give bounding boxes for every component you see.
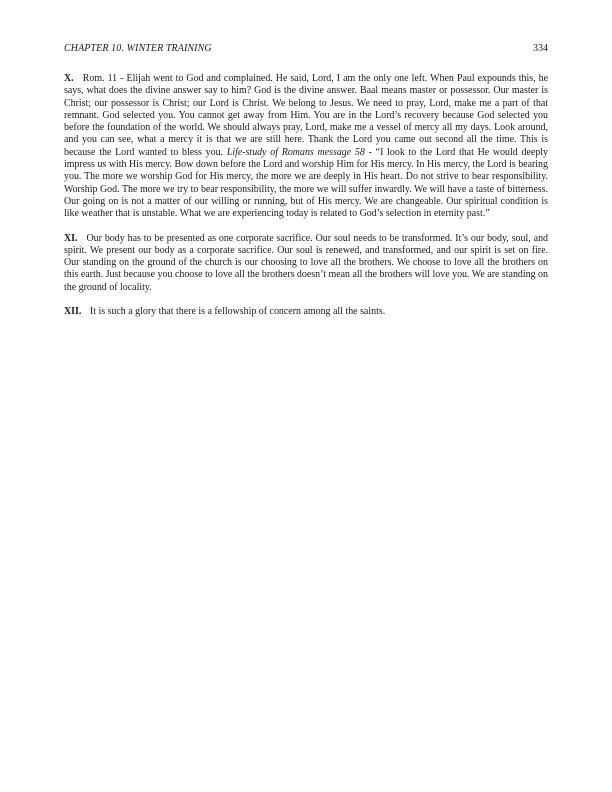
paragraph-text: It is such a glory that there is a fello… bbox=[90, 306, 385, 317]
paragraph-xii: XII. It is such a glory that there is a … bbox=[64, 306, 548, 318]
paragraph-xi: XI. Our body has to be presented as one … bbox=[64, 233, 548, 294]
page-number: 334 bbox=[533, 43, 548, 54]
paragraph-number: XI. bbox=[64, 233, 78, 244]
paragraph-x: X. Rom. 11 - Elijah went to God and comp… bbox=[64, 73, 548, 221]
paragraph-number: XII. bbox=[64, 306, 81, 317]
running-header: CHAPTER 10. WINTER TRAINING 334 bbox=[64, 43, 548, 54]
paragraph-text: Rom. 11 - Elijah went to God and complai… bbox=[64, 73, 548, 158]
paragraph-number: X. bbox=[64, 73, 74, 84]
paragraph-text: Our body has to be presented as one corp… bbox=[64, 233, 548, 293]
citation-title: Life-study of Romans message 58 bbox=[227, 147, 365, 158]
chapter-title: CHAPTER 10. WINTER TRAINING bbox=[64, 43, 212, 54]
body-text: X. Rom. 11 - Elijah went to God and comp… bbox=[64, 73, 548, 330]
